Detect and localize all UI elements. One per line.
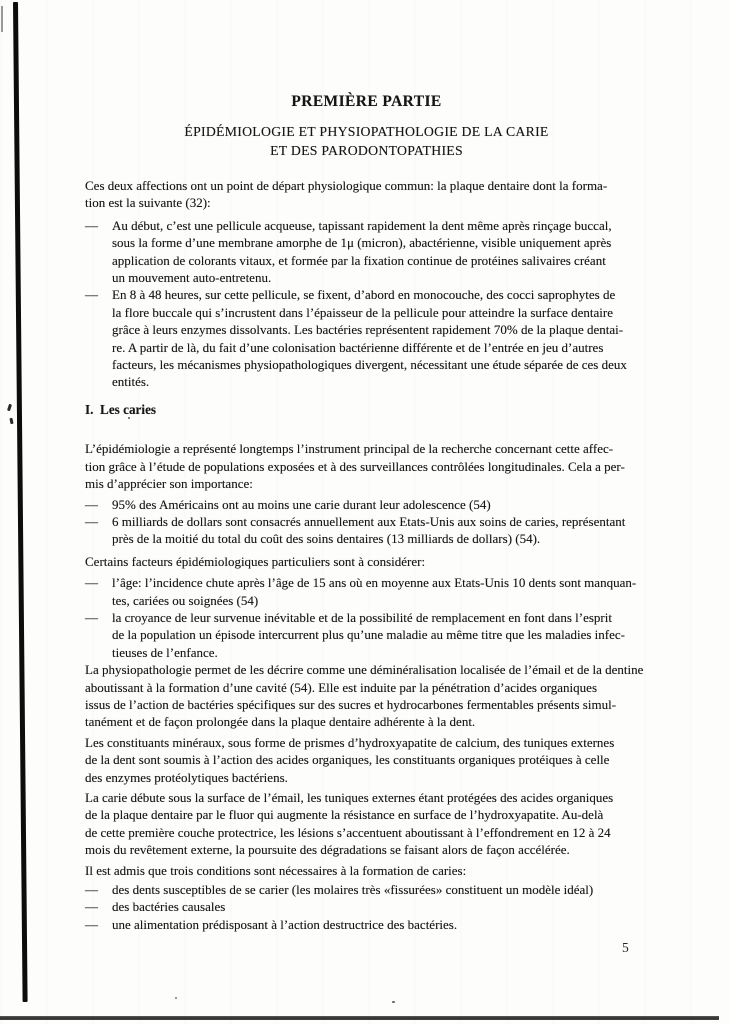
list-item-text: une alimentation prédisposant à l’action… [112,916,457,933]
caries-conditions-list: — des dents susceptibles de se carier (l… [85,881,648,933]
caries-statistics-list: — 95% des Américains ont au moins une ca… [85,496,648,548]
scan-edge-mark [1,6,3,32]
list-item: — la croyance de leur survenue inévitabl… [85,609,648,661]
list-item-text: l’âge: l’incidence chute après l’âge de … [112,574,636,609]
dash-bullet: — [85,513,112,530]
epidemiologic-factors-list: — l’âge: l’incidence chute après l’âge d… [85,574,648,661]
list-item: — une alimentation prédisposant à l’acti… [85,916,648,933]
list-item: — En 8 à 48 heures, sur cette pellicule,… [85,286,648,390]
list-item-text: 95% des Américains ont au moins une cari… [112,496,491,513]
scan-binding-line [13,2,28,1002]
paragraph-epidemiologie: L’épidémiologie a représenté longtemps l… [85,440,648,492]
dash-bullet: — [85,881,112,898]
scan-speck [9,418,13,424]
dash-bullet: — [85,217,112,234]
plaque-formation-list: — Au début, c’est une pellicule acqueuse… [85,217,648,391]
list-item: — des bactéries causales [85,898,648,915]
list-item-text: 6 milliards de dollars sont consacrés an… [112,513,625,548]
page-number: 5 [622,940,629,956]
scan-speck [175,997,177,999]
dash-bullet: — [85,609,112,626]
paragraph-trois-conditions: Il est admis que trois conditions sont n… [85,862,648,879]
list-item: — des dents susceptibles de se carier (l… [85,881,648,898]
scan-bottom-edge-bar [0,1016,719,1020]
list-item: — 6 milliards de dollars sont consacrés … [85,513,648,548]
list-item-text: des dents susceptibles de se carier (les… [112,881,593,898]
chapter-title: ÉPIDÉMIOLOGIE ET PHYSIOPATHOLOGIE DE LA … [85,123,648,160]
list-item: — 95% des Américains ont au moins une ca… [85,496,648,513]
dash-bullet: — [85,286,112,303]
dash-bullet: — [85,898,112,915]
list-item: — Au début, c’est une pellicule acqueuse… [85,217,648,287]
list-item-text: la croyance de leur survenue inévitable … [112,609,625,661]
paragraph-facteurs: Certains facteurs épidémiologiques parti… [85,553,648,570]
scanned-document-page: PREMIÈRE PARTIE ÉPIDÉMIOLOGIE ET PHYSIOP… [0,0,729,1024]
paragraph-physiopathologie: La physiopathologie permet de les décrir… [85,661,648,731]
list-item-text: des bactéries causales [112,898,225,915]
list-item: — l’âge: l’incidence chute après l’âge d… [85,574,648,609]
section-heading-caries: I. Les caries [85,401,648,418]
dash-bullet: — [85,916,112,933]
paragraph-intro: Ces deux affections ont un point de dépa… [85,177,648,212]
scan-speck [7,404,12,412]
list-item-text: Au début, c’est une pellicule acqueuse, … [112,217,612,287]
part-title: PREMIÈRE PARTIE [85,93,648,111]
scan-speck [392,1001,395,1003]
paragraph-carie-debute: La carie débute sous la surface de l’éma… [85,789,648,859]
page-content: PREMIÈRE PARTIE ÉPIDÉMIOLOGIE ET PHYSIOP… [85,0,648,933]
paragraph-constituants: Les constituants minéraux, sous forme de… [85,734,648,786]
list-item-text: En 8 à 48 heures, sur cette pellicule, s… [112,286,627,390]
dash-bullet: — [85,574,112,591]
dash-bullet: — [85,496,112,513]
